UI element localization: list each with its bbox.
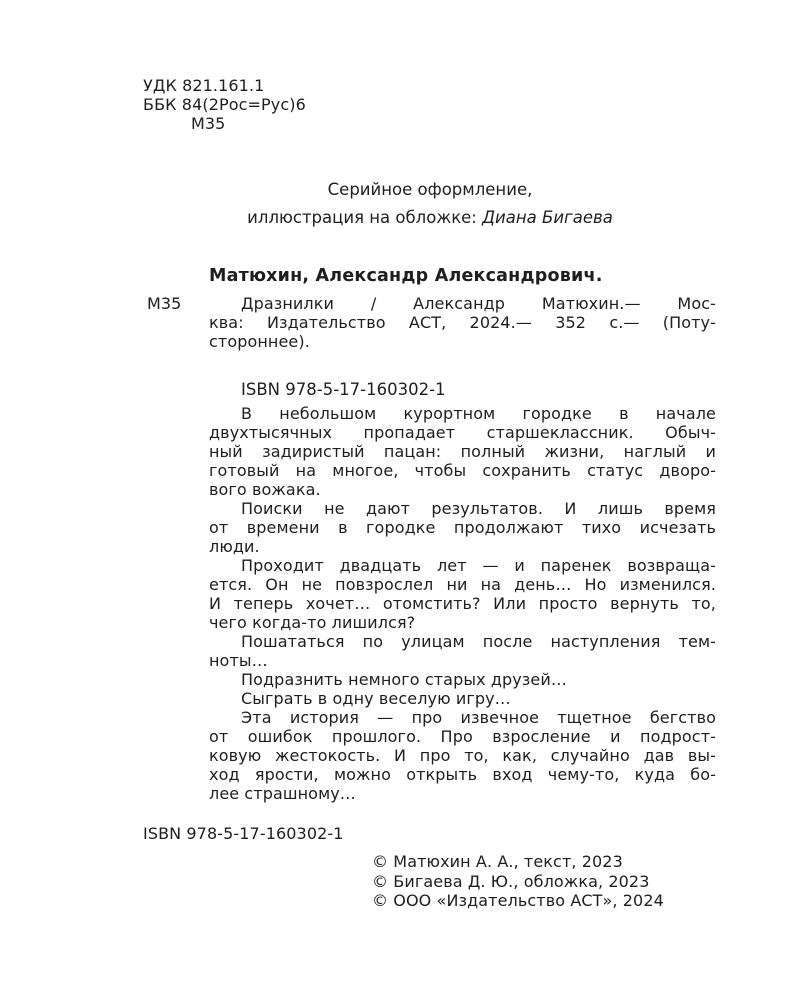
copyright-text: © Матюхин А. А., текст, 2023	[372, 852, 664, 872]
isbn-footer: ISBN 978-5-17-160302-1	[143, 824, 344, 843]
bibliographic-description: Дразнилки / Александр Матюхин.— Мос- ква…	[209, 294, 716, 351]
annotation-line: от времени в городке продолжают тихо исч…	[209, 518, 716, 537]
illustrator-name: Диана Бигаева	[482, 208, 613, 227]
annotation-line: ный задиристый пацан: полный жизни, нагл…	[209, 442, 716, 461]
copyright-cover: © Бигаева Д. Ю., обложка, 2023	[372, 872, 664, 892]
annotation-line: лее страшному…	[209, 784, 716, 803]
annotation-line: ход ярости, можно открыть вход чему-то, …	[209, 765, 716, 784]
credits-line-1: Серийное оформление,	[0, 176, 800, 204]
annotation-line: Проходит двадцать лет — и паренек возвра…	[209, 556, 716, 575]
bbk-code: ББК 84(2Рос=Рус)6	[143, 95, 306, 114]
illustration-label: иллюстрация на обложке:	[247, 208, 482, 227]
annotation-line: вого вожака.	[209, 480, 716, 499]
annotation-line: чего когда-то лишился?	[209, 613, 716, 632]
annotation-line: ковую жестокость. И про то, как, случайн…	[209, 746, 716, 765]
isbn-record: ISBN 978-5-17-160302-1	[241, 380, 446, 399]
classification-block: УДК 821.161.1 ББК 84(2Рос=Рус)6 М35	[143, 76, 306, 133]
biblio-line: Дразнилки / Александр Матюхин.— Мос-	[209, 294, 716, 313]
copyright-publisher: © ООО «Издательство АСТ», 2024	[372, 891, 664, 911]
series-credits: Серийное оформление, иллюстрация на обло…	[0, 176, 800, 232]
annotation-line: В небольшом курортном городке в начале	[209, 404, 716, 423]
annotation: В небольшом курортном городке в началедв…	[209, 404, 716, 803]
biblio-line: ква: Издательство АСТ, 2024.— 352 с.— (П…	[209, 313, 716, 332]
udk-code: УДК 821.161.1	[143, 76, 306, 95]
annotation-line: Сыграть в одну веселую игру…	[209, 689, 716, 708]
annotation-line: Подразнить немного старых друзей…	[209, 670, 716, 689]
author-mark: М35	[143, 114, 306, 133]
annotation-line: от ошибок прошлого. Про взросление и под…	[209, 727, 716, 746]
author-heading: Матюхин, Александр Александрович.	[209, 266, 603, 286]
annotation-line: люди.	[209, 537, 716, 556]
annotation-line: И теперь хочет… отомстить? Или просто ве…	[209, 594, 716, 613]
credits-line-2: иллюстрация на обложке: Диана Бигаева	[0, 204, 800, 232]
copyright-block: © Матюхин А. А., текст, 2023 © Бигаева Д…	[372, 852, 664, 911]
annotation-line: ется. Он не повзрослел ни на день… Но из…	[209, 575, 716, 594]
biblio-line: стороннее).	[209, 332, 716, 351]
annotation-line: Поиски не дают результатов. И лишь время	[209, 499, 716, 518]
annotation-line: ноты…	[209, 651, 716, 670]
annotation-line: готовый на многое, чтобы сохранить стату…	[209, 461, 716, 480]
annotation-line: Пошататься по улицам после наступления т…	[209, 632, 716, 651]
bibliographic-author-mark: М35	[147, 294, 181, 313]
imprint-page: УДК 821.161.1 ББК 84(2Рос=Рус)6 М35 Сери…	[0, 0, 800, 1000]
annotation-line: Эта история — про извечное тщетное бегст…	[209, 708, 716, 727]
annotation-line: двухтысячных пропадает старшеклассник. О…	[209, 423, 716, 442]
